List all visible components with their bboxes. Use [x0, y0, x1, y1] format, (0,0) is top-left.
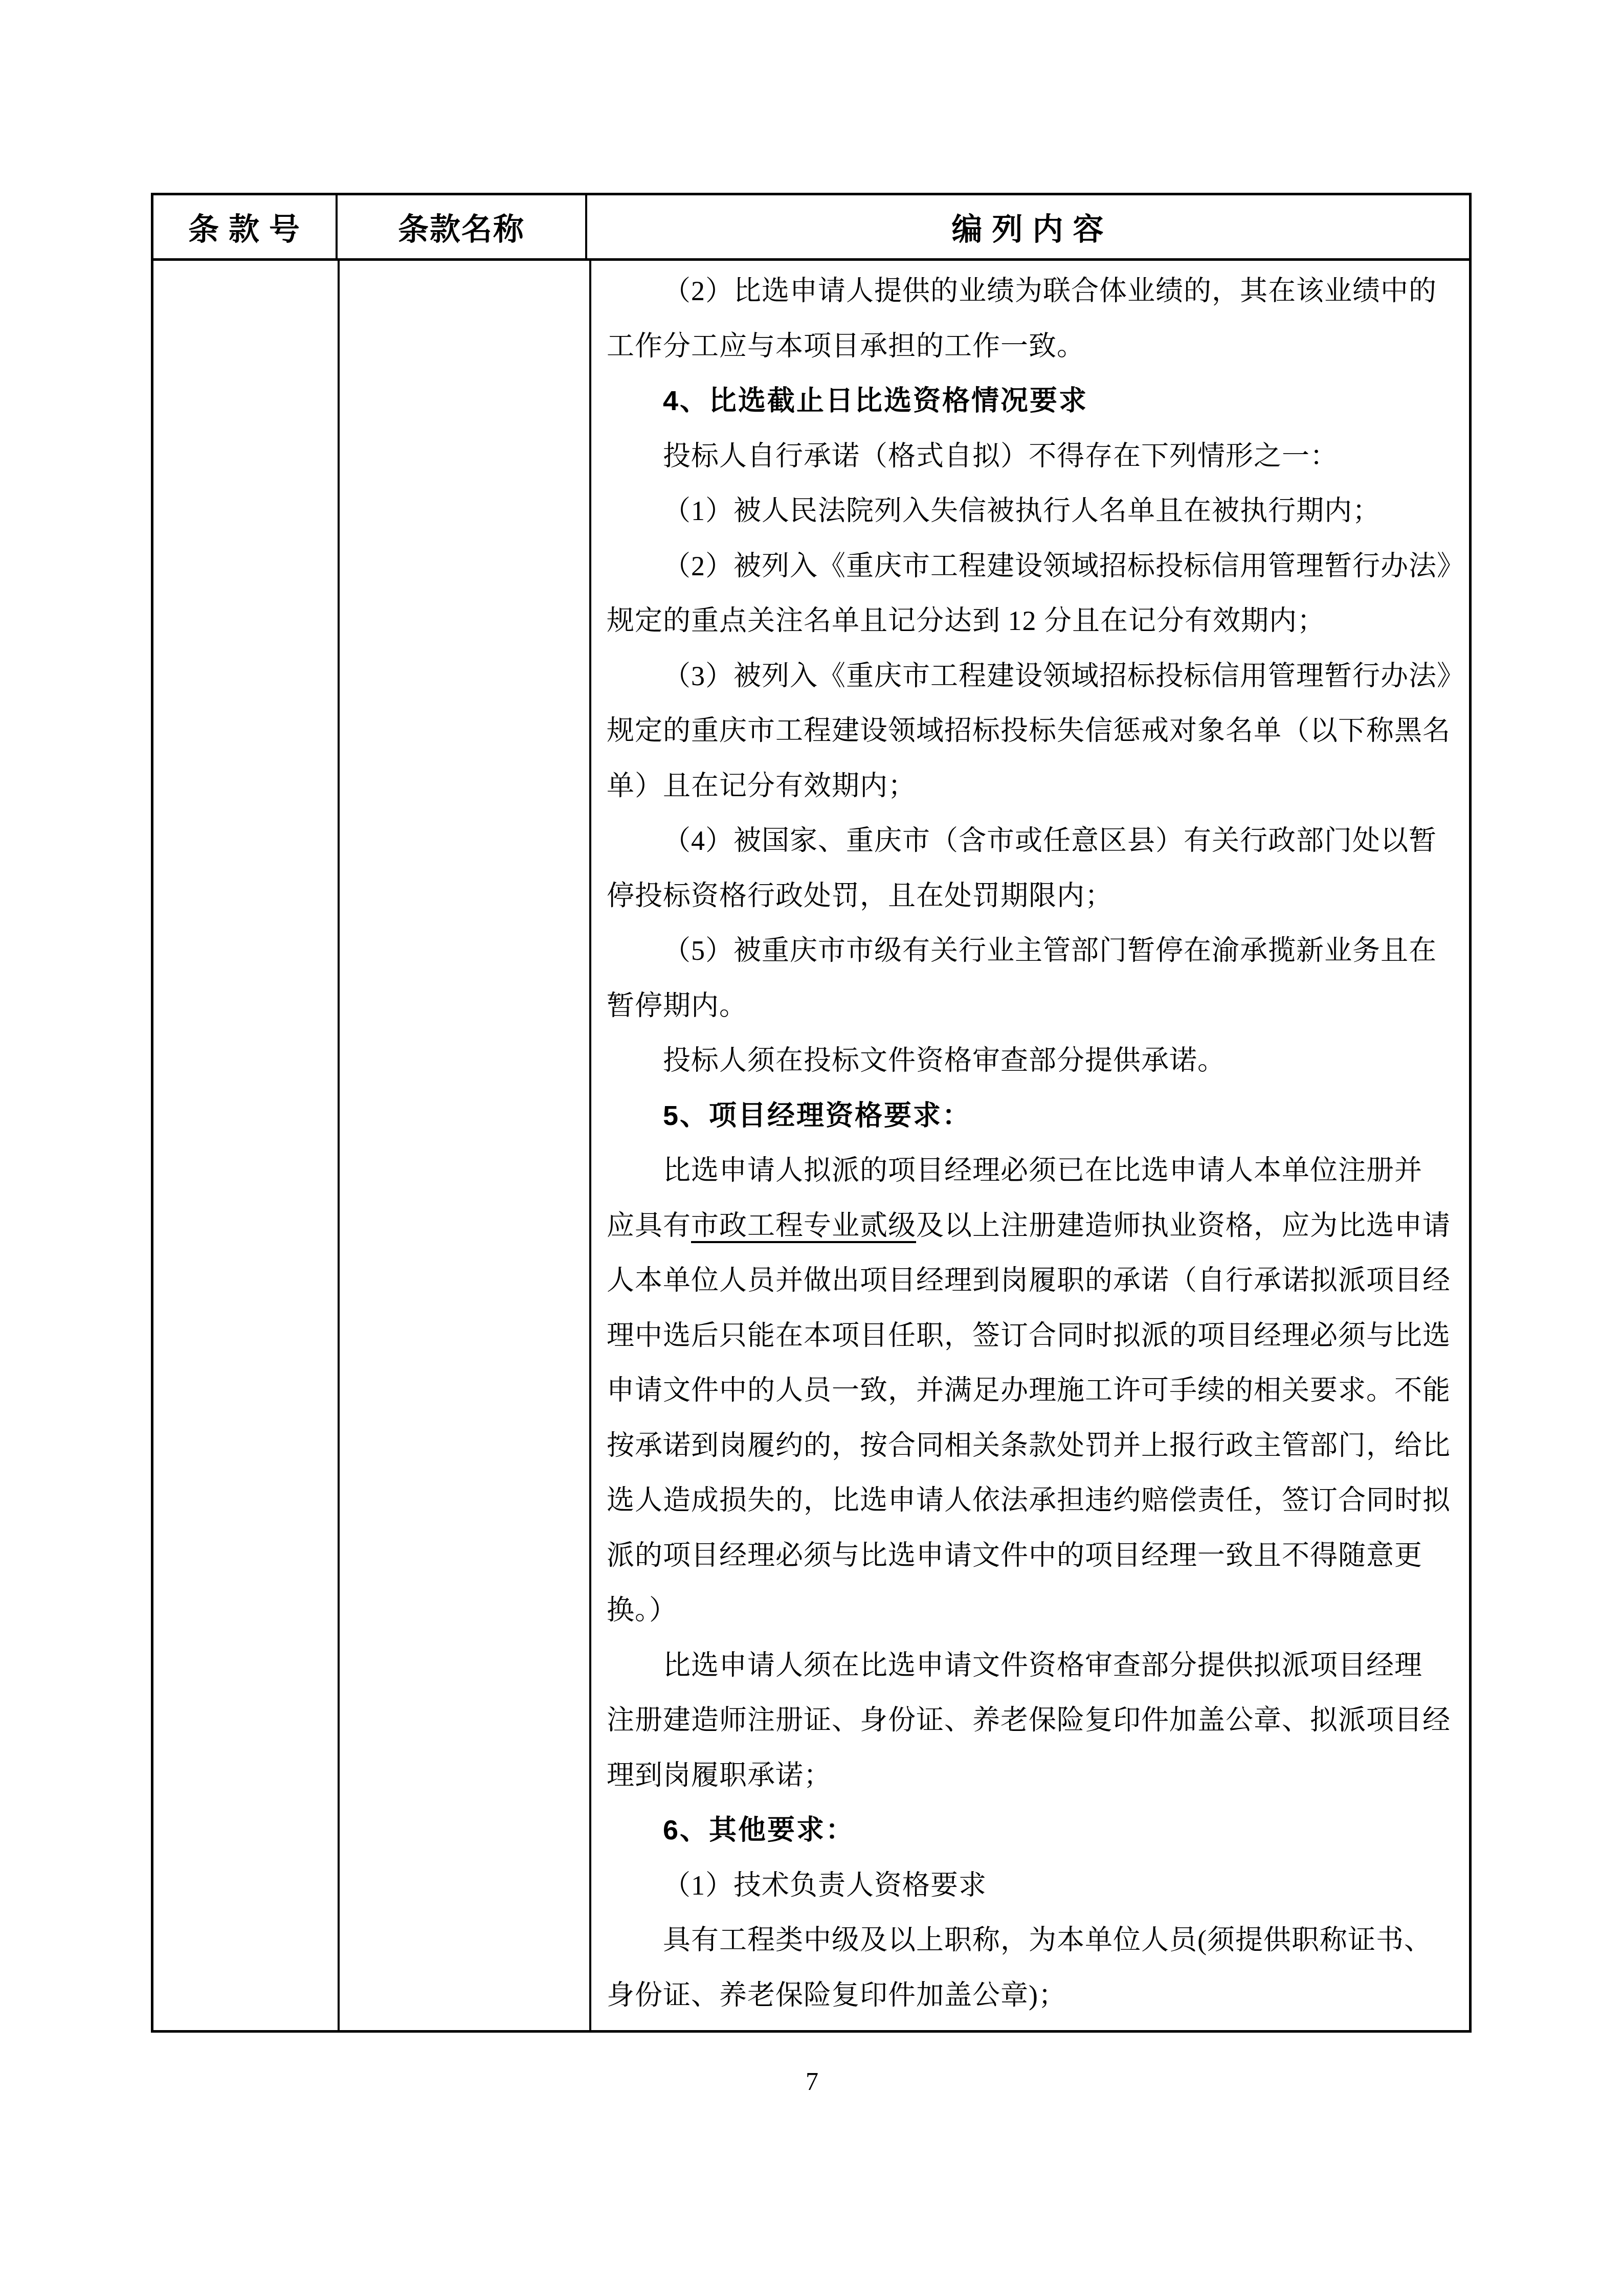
- cell-clause-number: [153, 261, 340, 2030]
- content-line: 换。）: [607, 1583, 1461, 1638]
- page-number: 7: [0, 2066, 1624, 2097]
- content-line: 6、其他要求：: [607, 1803, 1461, 1858]
- content-line: 理到岗履职承诺；: [607, 1748, 1461, 1804]
- content-line: 按承诺到岗履约的，按合同相关条款处罚并上报行政主管部门，给比: [607, 1419, 1461, 1474]
- text-segment: 应具有: [607, 1210, 691, 1241]
- text-segment: 及以上注册建造师执业资格，应为比选申请: [916, 1210, 1451, 1241]
- table-body-row: （2）比选申请人提供的业绩为联合体业绩的，其在该业绩中的工作分工应与本项目承担的…: [153, 261, 1469, 2030]
- content-line: 具有工程类中级及以上职称，为本单位人员(须提供职称证书、: [607, 1913, 1461, 1968]
- content-line: 比选申请人须在比选申请文件资格审查部分提供拟派项目经理: [607, 1638, 1461, 1694]
- content-line: 选人造成损失的，比选申请人依法承担违约赔偿责任，签订合同时拟: [607, 1473, 1461, 1528]
- content-line: 注册建造师注册证、身份证、养老保险复印件加盖公章、拟派项目经: [607, 1693, 1461, 1748]
- content-line: （1）技术负责人资格要求: [607, 1858, 1461, 1914]
- content-line: 比选申请人拟派的项目经理必须已在比选申请人本单位注册并: [607, 1143, 1461, 1199]
- document-page: 条 款 号 条款名称 编 列 内 容 （2）比选申请人提供的业绩为联合体业绩的，…: [0, 0, 1624, 2296]
- content-line: （1）被人民法院列入失信被执行人名单且在被执行期内；: [607, 484, 1461, 539]
- underlined-text: 市政工程专业贰级: [691, 1210, 916, 1241]
- content-line: 投标人自行承诺（格式自拟）不得存在下列情形之一：: [607, 429, 1461, 484]
- content-line: 单）且在记分有效期内；: [607, 759, 1461, 814]
- header-clause-number: 条 款 号: [153, 195, 338, 258]
- content-line: （4）被国家、重庆市（含市或任意区县）有关行政部门处以暂: [607, 814, 1461, 869]
- content-line: 规定的重庆市工程建设领域招标投标失信惩戒对象名单（以下称黑名: [607, 704, 1461, 759]
- content-line: 工作分工应与本项目承担的工作一致。: [607, 319, 1461, 374]
- content-line: 人本单位人员并做出项目经理到岗履职的承诺（自行承诺拟派项目经: [607, 1253, 1461, 1309]
- content-line: （5）被重庆市市级有关行业主管部门暂停在渝承揽新业务且在: [607, 924, 1461, 979]
- content-line: 理中选后只能在本项目任职，签订合同时拟派的项目经理必须与比选: [607, 1309, 1461, 1364]
- content-line: 暂停期内。: [607, 979, 1461, 1034]
- content-line: （2）被列入《重庆市工程建设领域招标投标信用管理暂行办法》: [607, 539, 1461, 594]
- header-clause-name: 条款名称: [338, 195, 587, 258]
- content-lines: （2）比选申请人提供的业绩为联合体业绩的，其在该业绩中的工作分工应与本项目承担的…: [591, 261, 1469, 2030]
- content-line: 4、比选截止日比选资格情况要求: [607, 374, 1461, 429]
- content-line: 派的项目经理必须与比选申请文件中的项目经理一致且不得随意更: [607, 1528, 1461, 1584]
- content-line: 投标人须在投标文件资格审查部分提供承诺。: [607, 1033, 1461, 1089]
- content-line: 停投标资格行政处罚，且在处罚期限内；: [607, 869, 1461, 924]
- content-line: 规定的重点关注名单且记分达到 12 分且在记分有效期内；: [607, 594, 1461, 649]
- content-line: 5、项目经理资格要求：: [607, 1089, 1461, 1144]
- content-line: 身份证、养老保险复印件加盖公章)；: [607, 1968, 1461, 2023]
- clause-table: 条 款 号 条款名称 编 列 内 容 （2）比选申请人提供的业绩为联合体业绩的，…: [151, 193, 1472, 2033]
- content-line: （2）比选申请人提供的业绩为联合体业绩的，其在该业绩中的: [607, 264, 1461, 319]
- table-header-row: 条 款 号 条款名称 编 列 内 容: [153, 195, 1469, 261]
- content-line: 应具有市政工程专业贰级及以上注册建造师执业资格，应为比选申请: [607, 1199, 1461, 1254]
- cell-clause-name: [340, 261, 591, 2030]
- content-line: 申请文件中的人员一致，并满足办理施工许可手续的相关要求。不能: [607, 1363, 1461, 1419]
- header-listed-content: 编 列 内 容: [587, 195, 1469, 258]
- content-line: （3）被列入《重庆市工程建设领域招标投标信用管理暂行办法》: [607, 649, 1461, 704]
